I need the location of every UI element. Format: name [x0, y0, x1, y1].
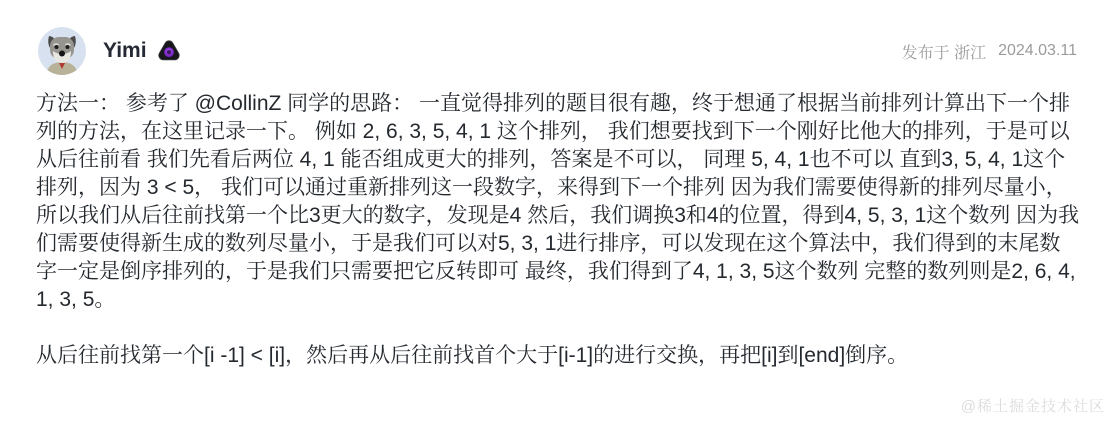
username[interactable]: Yimi: [103, 39, 147, 63]
post-header: Yimi 发布于 浙江 2024.03.11: [0, 0, 1117, 75]
juejin-level-badge-icon: [157, 39, 181, 63]
post-paragraph-1: 方法一： 参考了 @CollinZ 同学的思路： 一直觉得排列的题目很有趣，终于…: [36, 90, 1081, 314]
post-location: 发布于 浙江: [902, 40, 986, 63]
post-meta: 发布于 浙江 2024.03.11: [902, 40, 1077, 63]
dog-avatar-icon: [38, 27, 86, 75]
post-content: 方法一： 参考了 @CollinZ 同学的思路： 一直觉得排列的题目很有趣，终于…: [36, 90, 1081, 370]
user-avatar[interactable]: [38, 27, 86, 75]
post-date: 2024.03.11: [998, 42, 1077, 60]
post-paragraph-2: 从后往前找第一个[i -1] < [i]，然后再从后往前找首个大于[i-1]的进…: [36, 342, 1081, 370]
watermark: @稀土掘金技术社区: [961, 395, 1105, 416]
